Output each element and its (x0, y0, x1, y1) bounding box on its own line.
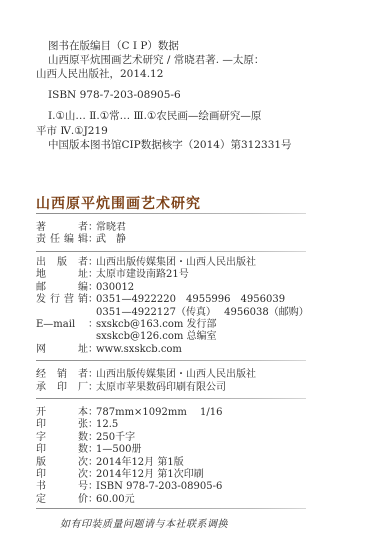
field-label: 责任编辑 (36, 234, 88, 246)
field-colon: ： (88, 444, 96, 456)
field-label: E—mail (36, 319, 88, 331)
field-value: 山西出版传媒集团・山西人民出版社 (96, 368, 256, 381)
divider (36, 360, 306, 361)
credits-row: 责任编辑：武 静 (36, 234, 126, 246)
specs-row: 书号：ISBN 978-7-203-08905-6 (36, 481, 222, 493)
field-colon: ： (88, 269, 96, 281)
field-label: 发行营销 (36, 294, 88, 306)
field-colon: ： (88, 469, 96, 481)
cip-publisher-line: 山西人民出版社，2014.12 (36, 67, 163, 81)
field-label: 网址 (36, 344, 88, 356)
cip-classification-line2: 平市 Ⅳ.①J219 (36, 124, 108, 138)
specs-section: 开本：787mm×1092mm 1/16印张：12.5字数：250千字印数：1—… (36, 407, 222, 506)
field-value: 60.00元 (96, 494, 135, 506)
field-value: 太原市建设南路21号 (96, 269, 189, 281)
field-label: 印张 (36, 419, 88, 431)
field-value: 0351—4922127（传真） 4956038（邮购） (96, 307, 309, 319)
field-label: 经销者 (36, 368, 88, 381)
field-label: 定价 (36, 494, 88, 506)
field-label: 印数 (36, 444, 88, 456)
field-value: 1—500册 (96, 444, 141, 456)
book-title: 山西原平炕围画艺术研究 (36, 193, 201, 213)
field-value: ISBN 978-7-203-08905-6 (96, 481, 222, 493)
distribution-section: 经销者：山西出版传媒集团・山西人民出版社承印厂：太原市苹果数码印刷有限公司 (36, 368, 256, 394)
credits-row: 著者：常晓君 (36, 222, 126, 234)
field-label: 印次 (36, 469, 88, 481)
field-value: sxskcb@126.com 总编室 (96, 331, 217, 343)
publisher-row: E—mail：sxskcb@163.com 发行部 (36, 319, 309, 331)
publisher-row: sxskcb@126.com 总编室 (36, 331, 309, 343)
field-value: 武 静 (96, 234, 126, 246)
field-colon: ： (88, 344, 96, 356)
field-label: 开本 (36, 407, 88, 419)
field-value: 030012 (96, 282, 134, 294)
field-colon: ： (88, 457, 96, 469)
cip-heading: 图书在版编目（C I P）数据 (48, 39, 179, 53)
field-value: 山西出版传媒集团・山西人民出版社 (96, 257, 256, 269)
field-colon: ： (88, 481, 96, 493)
field-colon: ： (88, 257, 96, 269)
cip-isbn: ISBN 978-7-203-08905-6 (48, 88, 181, 102)
field-label: 字数 (36, 432, 88, 444)
field-label: 出版者 (36, 257, 88, 269)
field-colon: ： (88, 319, 96, 331)
cip-classification-line1: Ⅰ.①山… Ⅱ.①常… Ⅲ.①农民画—绘画研究—原 (48, 109, 261, 123)
specs-row: 印次：2014年12月 第1次印刷 (36, 469, 222, 481)
field-colon: ： (88, 419, 96, 431)
field-colon: ： (88, 368, 96, 381)
field-colon: ： (88, 294, 96, 306)
quality-notice: 如有印装质量问题请与本社联系调换 (60, 515, 228, 530)
field-label: 邮编 (36, 282, 88, 294)
specs-row: 版次：2014年12月 第1版 (36, 457, 222, 469)
publisher-row: 网址：www.sxskcb.com (36, 344, 309, 356)
field-label: 书号 (36, 481, 88, 493)
distribution-row: 承印厂：太原市苹果数码印刷有限公司 (36, 381, 256, 394)
field-label: 承印厂 (36, 381, 88, 394)
cip-number: 中国版本图书馆CIP数据核字（2014）第312331号 (48, 138, 292, 152)
field-value: 250千字 (96, 432, 135, 444)
field-colon: ： (88, 282, 96, 294)
publisher-row: 邮编：030012 (36, 282, 309, 294)
specs-row: 定价：60.00元 (36, 494, 222, 506)
publisher-row: 0351—4922127（传真） 4956038（邮购） (36, 307, 309, 319)
publisher-section: 出版者：山西出版传媒集团・山西人民出版社地址：太原市建设南路21号邮编：0300… (36, 257, 309, 356)
cip-title-line: 山西原平炕围画艺术研究 / 常晓君著. —太原： (48, 53, 264, 67)
specs-row: 字数：250千字 (36, 432, 222, 444)
field-label: 版次 (36, 457, 88, 469)
specs-row: 开本：787mm×1092mm 1/16 (36, 407, 222, 419)
credits-section: 著者：常晓君责任编辑：武 静 (36, 222, 126, 247)
field-label: 著者 (36, 222, 88, 234)
field-value: 0351—4922220 4955996 4956039 (96, 294, 285, 306)
field-value: sxskcb@163.com 发行部 (96, 319, 217, 331)
field-value: www.sxskcb.com (96, 344, 182, 356)
field-colon (88, 331, 96, 343)
field-colon: ： (88, 494, 96, 506)
specs-row: 印张：12.5 (36, 419, 222, 431)
field-value: 12.5 (96, 419, 118, 431)
field-colon: ： (88, 234, 96, 246)
field-value: 太原市苹果数码印刷有限公司 (96, 381, 226, 394)
divider (36, 213, 306, 214)
publisher-row: 出版者：山西出版传媒集团・山西人民出版社 (36, 257, 309, 269)
publisher-row: 发行营销：0351—4922220 4955996 4956039 (36, 294, 309, 306)
field-value: 2014年12月 第1次印刷 (96, 469, 204, 481)
field-colon (88, 307, 96, 319)
field-label: 地址 (36, 269, 88, 281)
field-colon: ： (88, 381, 96, 394)
field-label (36, 307, 88, 319)
field-colon: ： (88, 432, 96, 444)
specs-row: 印数：1—500册 (36, 444, 222, 456)
field-value: 2014年12月 第1版 (96, 457, 184, 469)
divider (36, 508, 306, 509)
divider (36, 398, 306, 399)
field-colon: ： (88, 222, 96, 234)
distribution-row: 经销者：山西出版传媒集团・山西人民出版社 (36, 368, 256, 381)
divider (36, 251, 306, 252)
field-colon: ： (88, 407, 96, 419)
field-label (36, 331, 88, 343)
publisher-row: 地址：太原市建设南路21号 (36, 269, 309, 281)
field-value: 常晓君 (96, 222, 126, 234)
field-value: 787mm×1092mm 1/16 (96, 407, 222, 419)
